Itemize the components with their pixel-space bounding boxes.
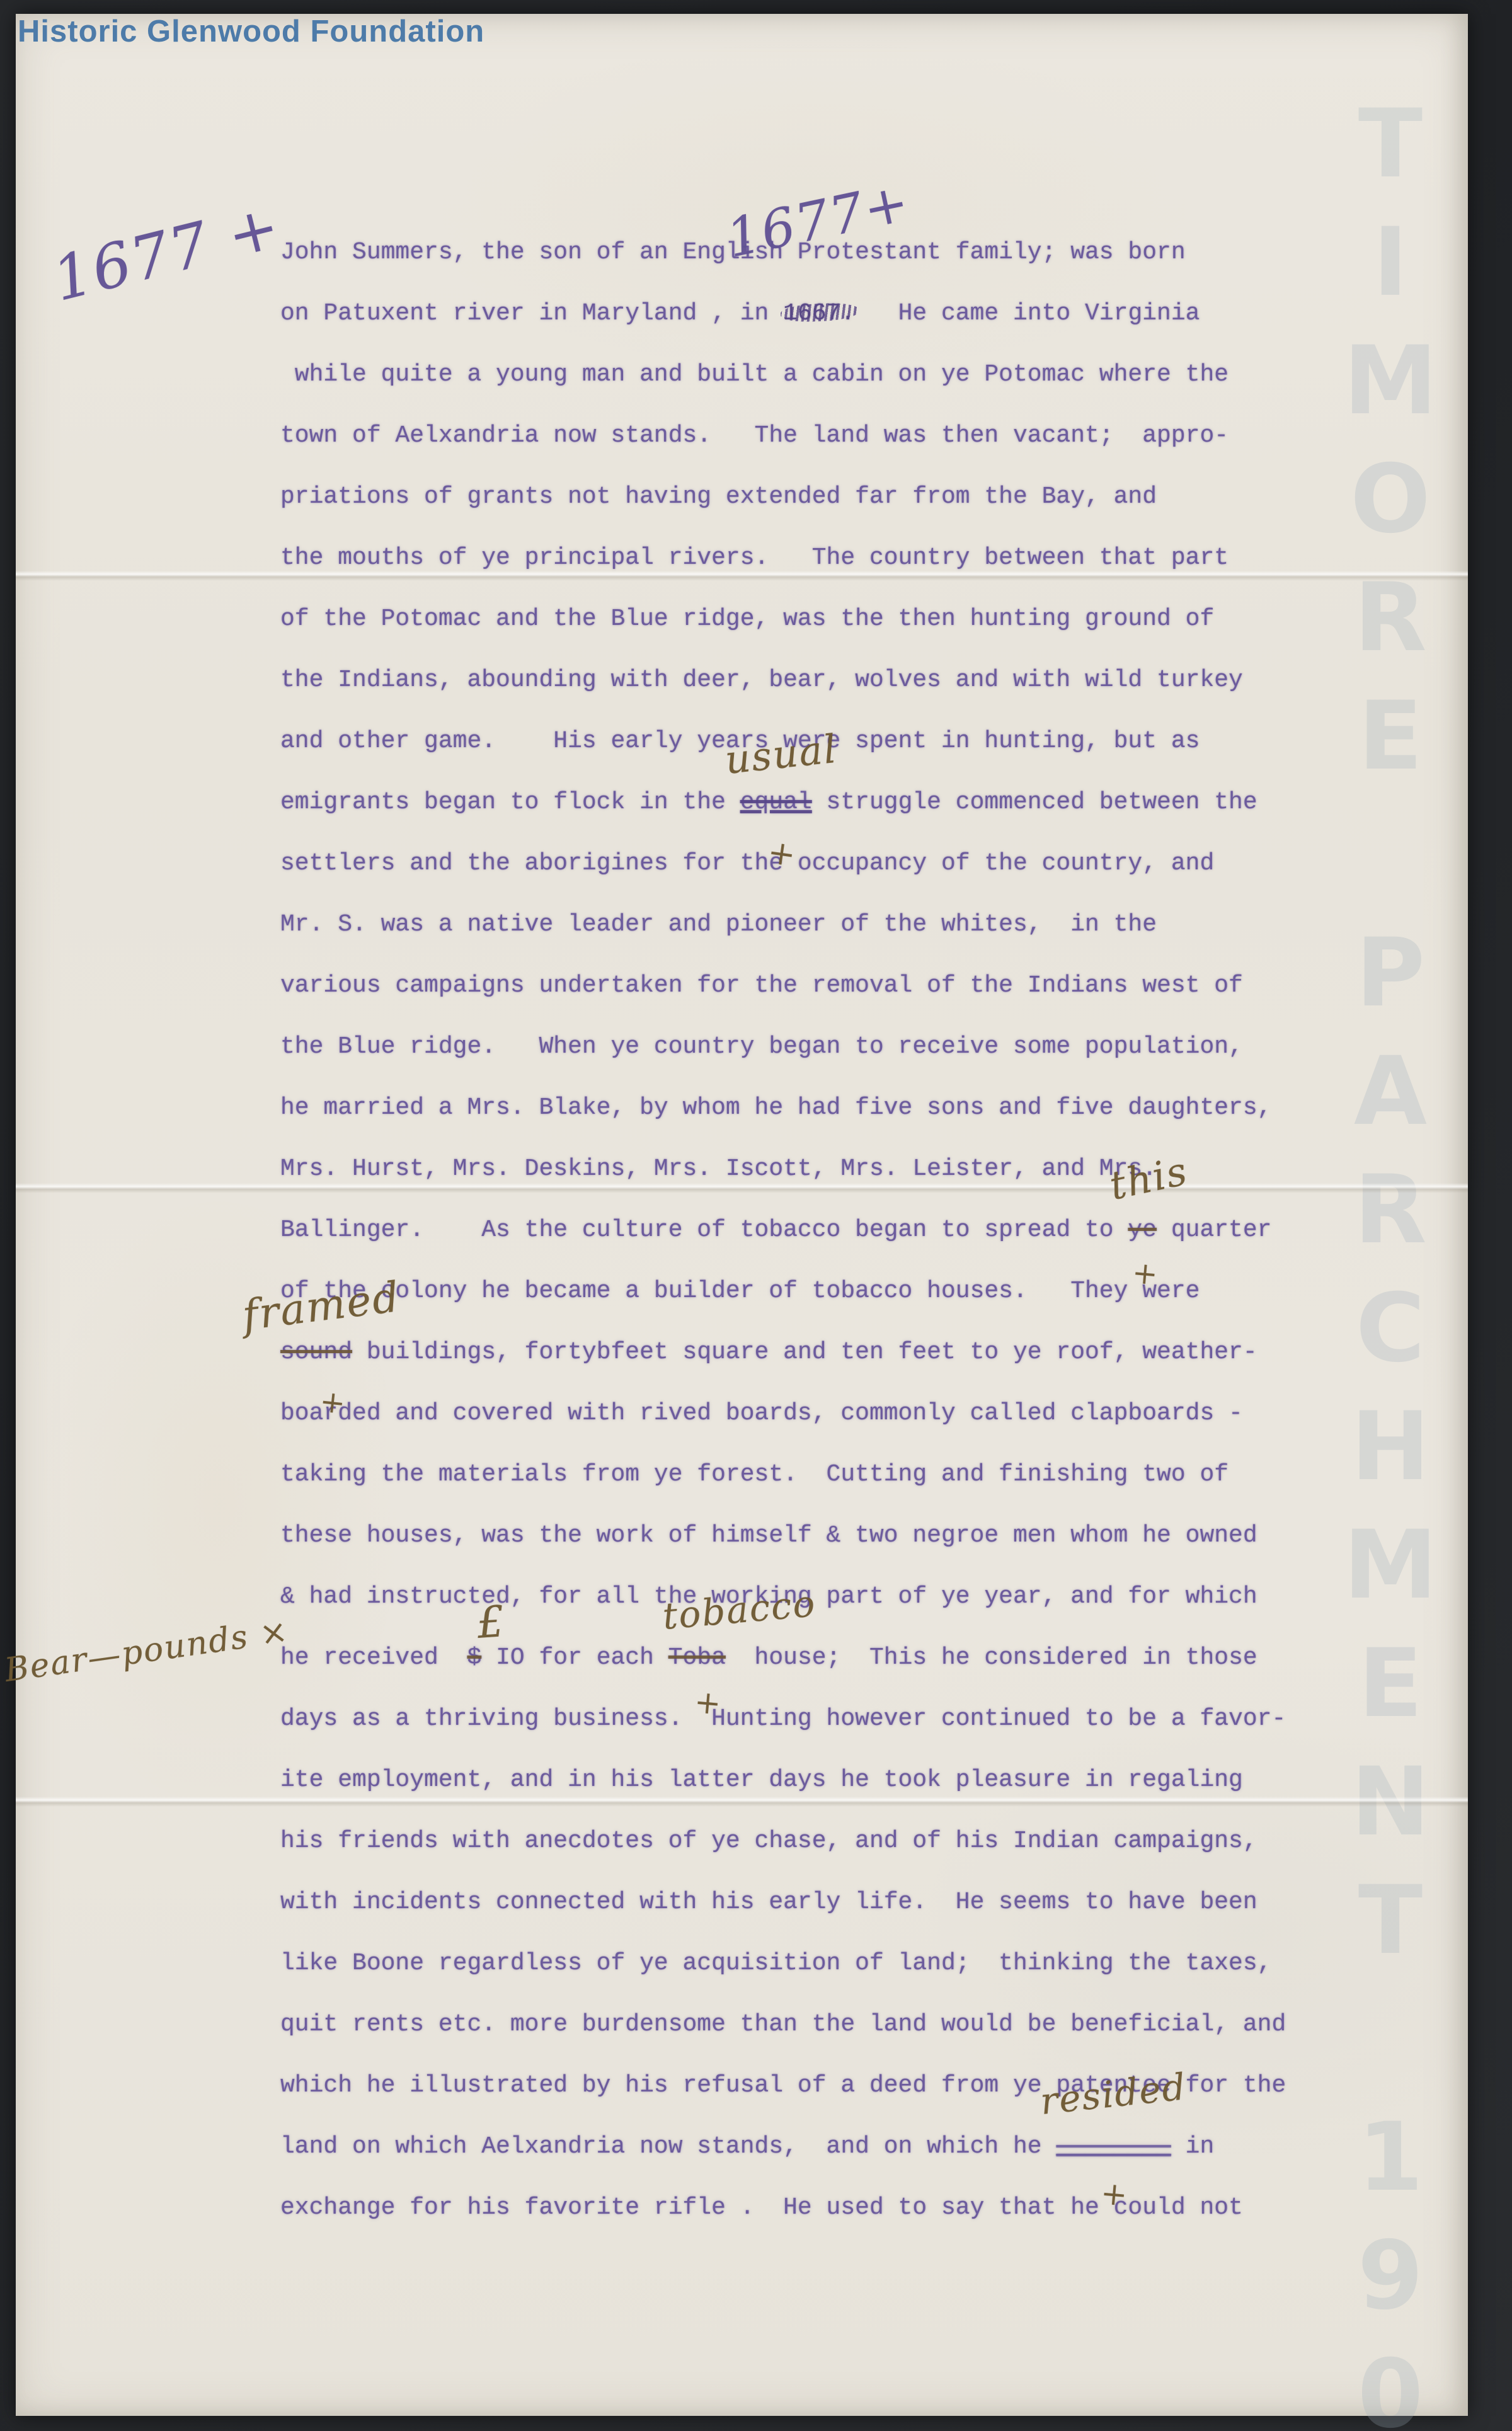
inline-date-1677: 1677+ [721,171,915,270]
document-scan: TIMORE PARCHMENT 1907 John Summers, the … [0,0,1512,2431]
site-watermark: Historic Glenwood Foundation [18,14,484,49]
caret-usual: + [765,833,799,875]
correction-framed: framed [240,1273,403,1340]
handwritten-annotations: 1677 +1677+usual+this+framed+£tobacco+Be… [0,0,1512,2431]
caret-resided: + [1099,2175,1130,2214]
caret-tobacco: + [693,1683,724,1722]
caret-this: + [1131,1255,1160,1292]
margin-date-1677: 1677 + [46,190,287,315]
correction-resided: resided [1038,2065,1189,2123]
correction-this: this [1106,1148,1192,1209]
correction-tobacco: tobacco [661,1582,818,1638]
correction-usual: usual [723,726,839,783]
margin-bear-pounds: Bear—pounds × [3,1612,291,1690]
correction-pound-sign: £ [475,1597,507,1649]
caret-framed: + [318,1383,348,1421]
